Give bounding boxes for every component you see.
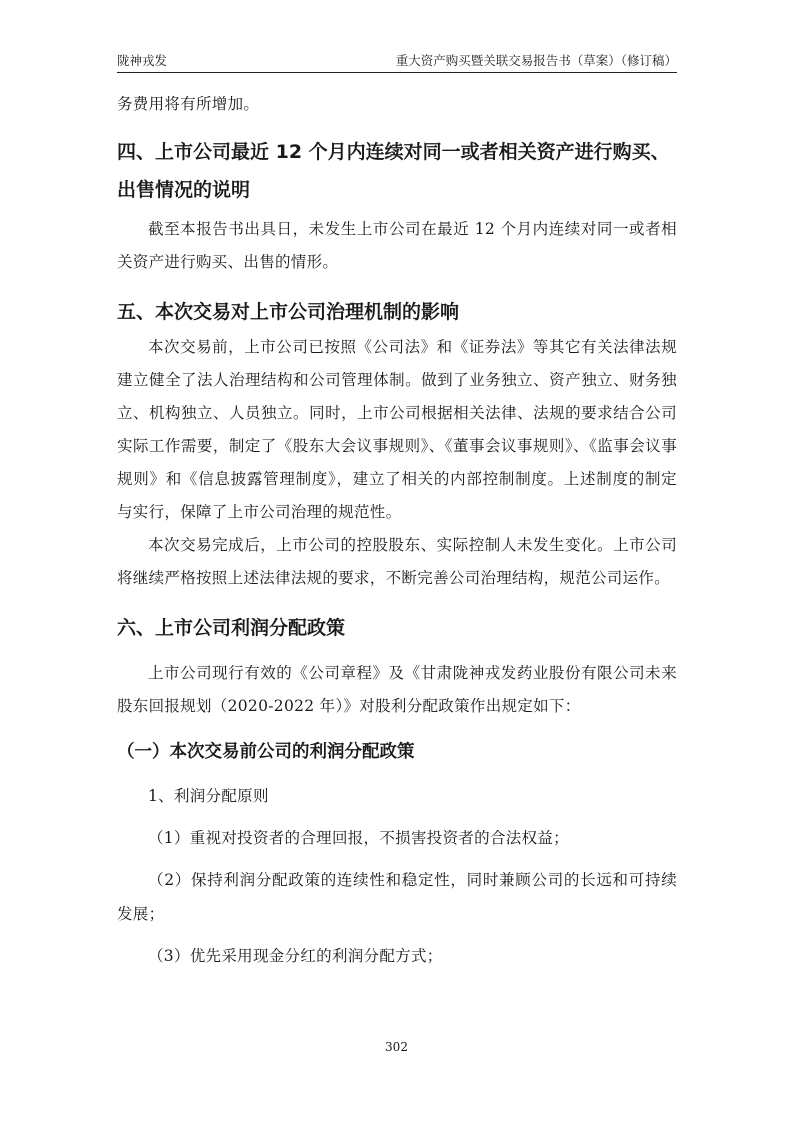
list-item: （3）优先采用现金分红的利润分配方式； bbox=[117, 939, 677, 973]
section-5: 五、本次交易对上市公司治理机制的影响 本次交易前，上市公司已按照《公司法》和《证… bbox=[117, 293, 677, 595]
page-content: 务费用将有所增加。 四、上市公司最近 12 个月内连续对同一或者相关资产进行购买… bbox=[117, 88, 677, 973]
section-4: 四、上市公司最近 12 个月内连续对同一或者相关资产进行购买、 出售情况的说明 … bbox=[117, 133, 677, 279]
subsection-6-1: （一）本次交易前公司的利润分配政策 1、利润分配原则 （1）重视对投资者的合理回… bbox=[117, 735, 677, 973]
header-company-name: 陇神戎发 bbox=[117, 51, 167, 69]
header-document-title: 重大资产购买暨关联交易报告书（草案）（修订稿） bbox=[396, 51, 677, 69]
page-header: 陇神戎发 重大资产购买暨关联交易报告书（草案）（修订稿） bbox=[117, 52, 677, 73]
list-item: （1）重视对投资者的合理回报，不损害投资者的合法权益； bbox=[117, 821, 677, 855]
section-6: 六、上市公司利润分配政策 上市公司现行有效的《公司章程》及《甘肃陇神戎发药业股份… bbox=[117, 609, 677, 973]
section-6-paragraph: 上市公司现行有效的《公司章程》及《甘肃陇神戎发药业股份有限公司未来股东回报规划（… bbox=[117, 657, 677, 723]
page-number: 302 bbox=[0, 1040, 793, 1054]
section-5-paragraph-2: 本次交易完成后，上市公司的控股股东、实际控制人未发生变化。上市公司将继续严格按照… bbox=[117, 529, 677, 595]
section-4-title-line1: 四、上市公司最近 12 个月内连续对同一或者相关资产进行购买、 bbox=[117, 133, 677, 171]
list-item: （2）保持利润分配政策的连续性和稳定性，同时兼顾公司的长远和可持续发展； bbox=[117, 863, 677, 931]
section-5-paragraph-1: 本次交易前，上市公司已按照《公司法》和《证券法》等其它有关法律法规建立健全了法人… bbox=[117, 331, 677, 529]
section-4-title-line2: 出售情况的说明 bbox=[117, 171, 677, 209]
section-6-title: 六、上市公司利润分配政策 bbox=[117, 609, 677, 647]
item-heading: 1、利润分配原则 bbox=[117, 779, 677, 813]
subsection-6-1-title: （一）本次交易前公司的利润分配政策 bbox=[117, 735, 677, 769]
section-5-title: 五、本次交易对上市公司治理机制的影响 bbox=[117, 293, 677, 331]
section-4-paragraph: 截至本报告书出具日，未发生上市公司在最近 12 个月内连续对同一或者相关资产进行… bbox=[117, 213, 677, 279]
continuation-paragraph: 务费用将有所增加。 bbox=[117, 88, 677, 121]
